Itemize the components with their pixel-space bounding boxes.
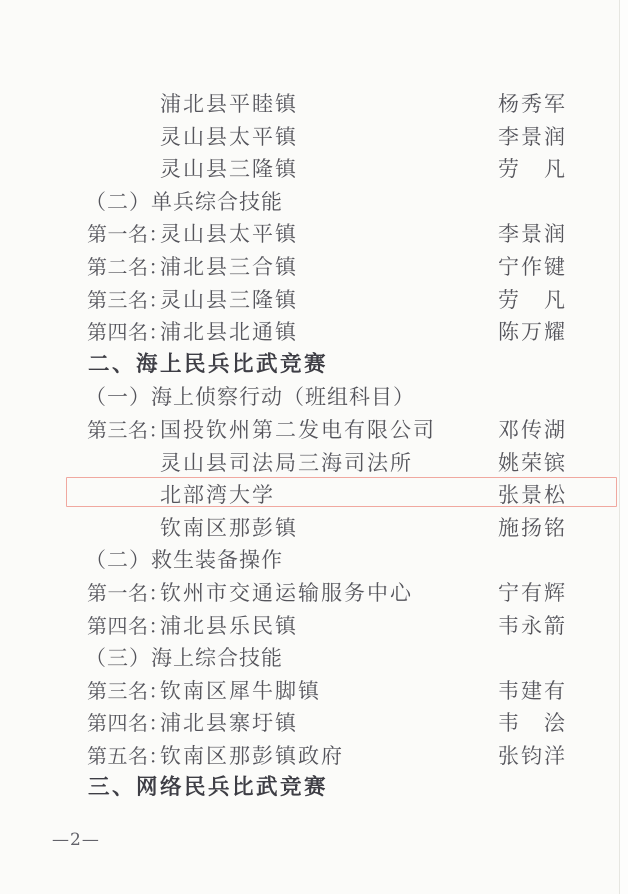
rank-label: 第四名： xyxy=(87,711,169,735)
result-row: 第三名： 国投钦州第二发电有限公司 邓传湖 xyxy=(0,414,628,447)
unit-name: 浦北县北通镇 xyxy=(160,320,298,344)
unit-name: 国投钦州第二发电有限公司 xyxy=(160,418,436,442)
unit-name: 钦南区犀牛脚镇 xyxy=(160,679,321,703)
rank-label: 第四名： xyxy=(87,320,169,344)
result-row: 北部湾大学 张景松 xyxy=(0,479,628,512)
unit-name: 钦南区那彭镇政府 xyxy=(160,744,344,768)
result-row: 第四名： 浦北县乐民镇 韦永箭 xyxy=(0,610,628,643)
rank-label: 第五名： xyxy=(87,744,169,768)
subsection-heading-row: （二）单兵综合技能 xyxy=(0,186,628,219)
scan-edge-line xyxy=(619,0,620,894)
rank-label: 第三名： xyxy=(87,679,169,703)
winner-name: 劳 凡 xyxy=(498,157,567,181)
rank-label: 第四名： xyxy=(87,614,169,638)
section-heading-row: 三、网络民兵比武竞赛 xyxy=(0,772,628,805)
winner-name: 韦建有 xyxy=(498,679,567,703)
rank-label: 第一名： xyxy=(87,581,169,605)
unit-name: 钦南区那彭镇 xyxy=(160,516,298,540)
winner-name: 宁有辉 xyxy=(498,581,567,605)
rank-label: 第一名： xyxy=(87,222,169,246)
result-row: 第一名： 钦州市交通运输服务中心 宁有辉 xyxy=(0,577,628,610)
winner-name: 陈万耀 xyxy=(498,320,567,344)
unit-name: 浦北县乐民镇 xyxy=(160,614,298,638)
result-row: 钦南区那彭镇 施扬铭 xyxy=(0,512,628,545)
winner-name: 邓传湖 xyxy=(498,418,567,442)
result-row: 灵山县三隆镇 劳 凡 xyxy=(0,153,628,186)
subsection-heading: （二）单兵综合技能 xyxy=(85,190,283,214)
winner-name: 张钧洋 xyxy=(498,744,567,768)
subsection-heading: （二）救生装备操作 xyxy=(85,548,283,572)
scanned-document-page: 浦北县平睦镇 杨秀军 灵山县太平镇 李景润 灵山县三隆镇 劳 凡 （二）单兵综合… xyxy=(0,0,628,894)
unit-name: 浦北县平睦镇 xyxy=(160,92,298,116)
highlight-box xyxy=(66,477,617,507)
section-heading: 二、海上民兵比武竞赛 xyxy=(88,353,328,377)
winner-name: 劳 凡 xyxy=(498,288,567,312)
winner-name: 韦永箭 xyxy=(498,614,567,638)
winner-name: 杨秀军 xyxy=(498,92,567,116)
subsection-heading: （一）海上侦察行动（班组科目） xyxy=(85,385,415,409)
unit-name: 灵山县司法局三海司法所 xyxy=(160,451,413,475)
result-row: 第一名： 灵山县太平镇 李景润 xyxy=(0,218,628,251)
result-row: 第五名： 钦南区那彭镇政府 张钧洋 xyxy=(0,740,628,773)
winner-name: 宁作键 xyxy=(498,255,567,279)
winner-name: 李景润 xyxy=(498,222,567,246)
winner-name: 姚荣镔 xyxy=(498,451,567,475)
result-row: 第三名： 灵山县三隆镇 劳 凡 xyxy=(0,284,628,317)
result-row: 第二名： 浦北县三合镇 宁作键 xyxy=(0,251,628,284)
unit-name: 钦州市交通运输服务中心 xyxy=(160,581,413,605)
scan-edge-sliver xyxy=(620,0,628,894)
unit-name: 灵山县太平镇 xyxy=(160,222,298,246)
result-row: 第四名： 浦北县寨圩镇 韦 浍 xyxy=(0,707,628,740)
result-row: 灵山县太平镇 李景润 xyxy=(0,121,628,154)
unit-name: 浦北县寨圩镇 xyxy=(160,711,298,735)
result-row: 灵山县司法局三海司法所 姚荣镔 xyxy=(0,447,628,480)
subsection-heading-row: （二）救生装备操作 xyxy=(0,544,628,577)
result-row: 浦北县平睦镇 杨秀军 xyxy=(0,88,628,121)
subsection-heading: （三）海上综合技能 xyxy=(85,646,283,670)
document-body: 浦北县平睦镇 杨秀军 灵山县太平镇 李景润 灵山县三隆镇 劳 凡 （二）单兵综合… xyxy=(0,88,628,805)
section-heading-row: 二、海上民兵比武竞赛 xyxy=(0,349,628,382)
rank-label: 第三名： xyxy=(87,418,169,442)
result-row: 第三名： 钦南区犀牛脚镇 韦建有 xyxy=(0,675,628,708)
unit-name: 浦北县三合镇 xyxy=(160,255,298,279)
winner-name: 韦 浍 xyxy=(498,711,567,735)
rank-label: 第二名： xyxy=(87,255,169,279)
section-heading: 三、网络民兵比武竞赛 xyxy=(88,776,328,800)
winner-name: 李景润 xyxy=(498,125,567,149)
subsection-heading-row: （一）海上侦察行动（班组科目） xyxy=(0,381,628,414)
rank-label: 第三名： xyxy=(87,288,169,312)
unit-name: 灵山县三隆镇 xyxy=(160,157,298,181)
result-row: 第四名： 浦北县北通镇 陈万耀 xyxy=(0,316,628,349)
page-number: —2— xyxy=(52,830,100,850)
subsection-heading-row: （三）海上综合技能 xyxy=(0,642,628,675)
unit-name: 灵山县太平镇 xyxy=(160,125,298,149)
winner-name: 施扬铭 xyxy=(498,516,567,540)
unit-name: 灵山县三隆镇 xyxy=(160,288,298,312)
